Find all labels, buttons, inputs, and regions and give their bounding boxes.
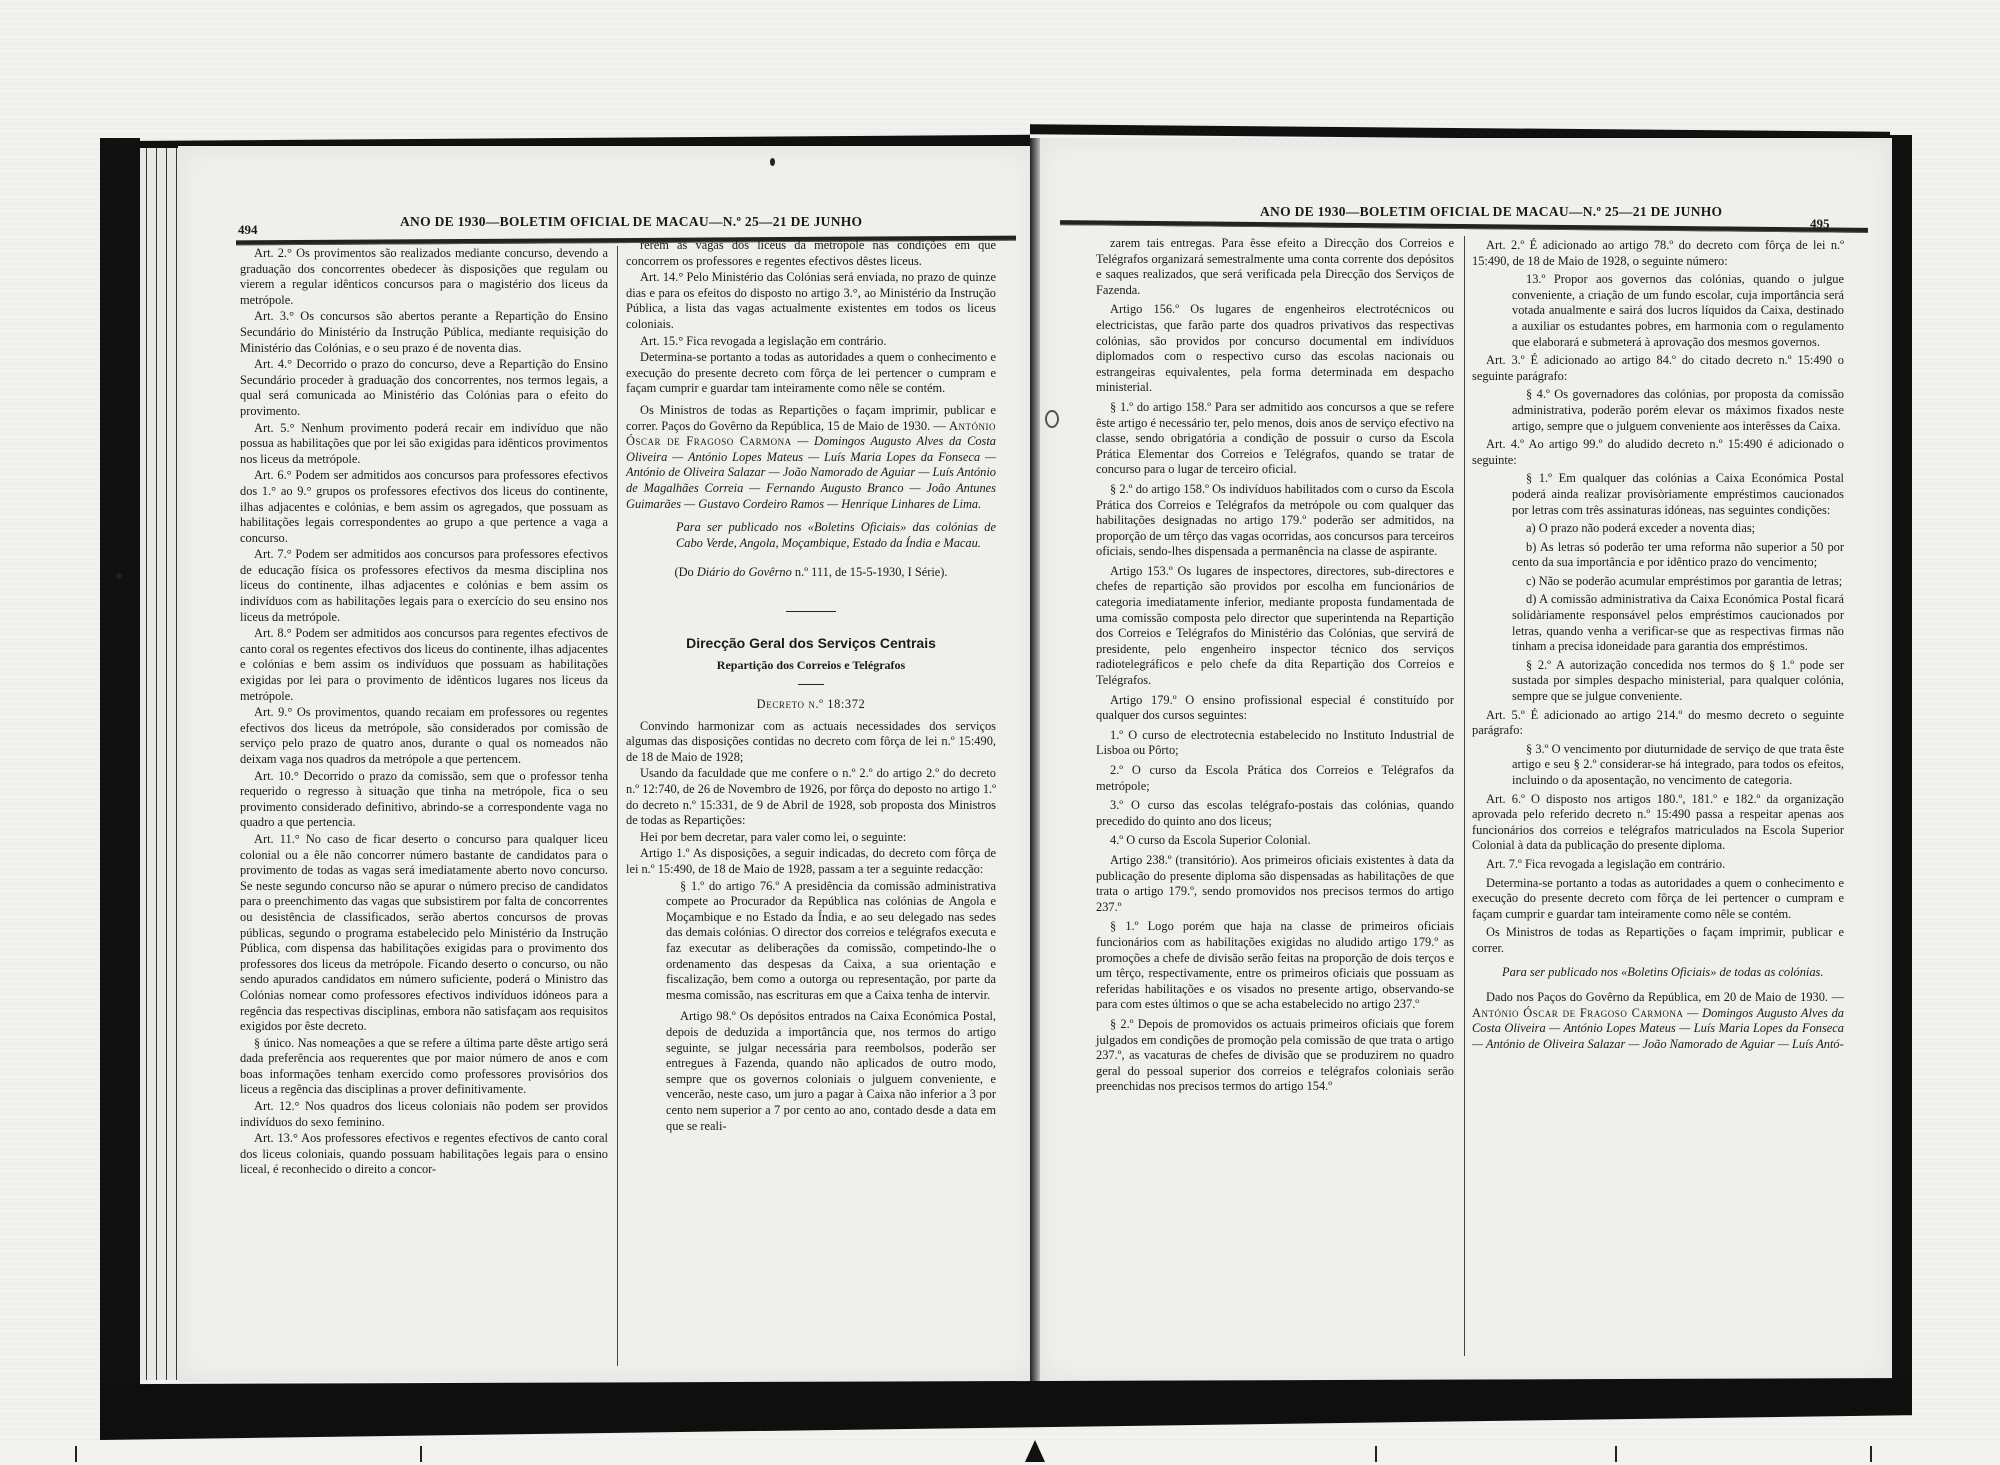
- scan-tick: [1615, 1446, 1617, 1462]
- publication-note: Para ser publicado nos «Boletins Oficiai…: [676, 520, 996, 551]
- article-paragraph: Art. 5.º É adicionado ao artigo 214.º do…: [1472, 708, 1844, 739]
- section-separator: [786, 611, 836, 613]
- article-paragraph: § 1.º Logo porém que haja na classe de p…: [1096, 919, 1454, 1013]
- article-paragraph: Art. 15.° Fica revogada a legislação em …: [626, 334, 996, 350]
- column-divider: [617, 246, 618, 1366]
- decree-quoted-articles: § 1.º do artigo 76.º A presidência da co…: [626, 879, 996, 1135]
- article-paragraph: § 2.º do artigo 158.º Os indivíduos habi…: [1096, 482, 1454, 560]
- article-paragraph: 4.º O curso da Escola Superior Colonial.: [1096, 833, 1454, 849]
- article-paragraph: Artigo 238.º (transitório). Aos primeiro…: [1096, 853, 1454, 915]
- decree-articles: Art. 2.º É adicionado ao artigo 78.º do …: [1472, 238, 1844, 957]
- decree-closing-paragraphs: rerem às vagas dos liceus da metrópole n…: [626, 238, 996, 397]
- right-page-column-2: Art. 2.º É adicionado ao artigo 78.º do …: [1472, 238, 1844, 1054]
- right-page-column-1: zarem tais entregas. Para êsse efeito a …: [1096, 236, 1454, 1099]
- article-paragraph: zarem tais entregas. Para êsse efeito a …: [1096, 236, 1454, 298]
- header-rule: [1060, 220, 1868, 233]
- article-paragraph: Art. 7.° Podem ser admitidos aos concurs…: [240, 547, 608, 625]
- article-paragraph: 1.º O curso de electrotecnia estabelecid…: [1096, 728, 1454, 759]
- decree-paragraph: Artigo 1.º As disposições, a seguir indi…: [626, 846, 996, 877]
- left-page-column-2: rerem às vagas dos liceus da metrópole n…: [626, 238, 996, 1140]
- article-paragraph: b) As letras só poderão ter uma reforma …: [1512, 540, 1844, 571]
- scan-speck: [1045, 410, 1059, 428]
- article-paragraph: Art. 3.° Os concursos são abertos perant…: [240, 309, 608, 356]
- article-paragraph: § único. Nas nomeações a que se refere a…: [240, 1036, 608, 1098]
- decree-paragraph: Hei por bem decretar, para valer como le…: [626, 830, 996, 846]
- scan-center-marker: [1025, 1440, 1045, 1462]
- article-paragraph: Artigo 153.º Os lugares de inspectores, …: [1096, 564, 1454, 689]
- scan-speck: [770, 158, 775, 166]
- article-paragraph: Art. 13.° Aos professores efectivos e re…: [240, 1131, 608, 1178]
- article-paragraph: Artigo 179.º O ensino profissional espec…: [1096, 693, 1454, 724]
- article-paragraph: Art. 3.º É adicionado ao artigo 84.º do …: [1472, 353, 1844, 384]
- signoff: Os Ministros de todas as Repartições o f…: [626, 403, 996, 512]
- decree-paragraph: Convindo harmonizar com as actuais neces…: [626, 719, 996, 766]
- article-paragraph: Art. 6.° Podem ser admitidos aos concurs…: [240, 468, 608, 546]
- scan-speck: [116, 573, 122, 579]
- article-paragraph: Art. 12.° Nos quadros dos liceus colonia…: [240, 1099, 608, 1130]
- scan-tick: [1375, 1446, 1377, 1462]
- article-paragraph: § 1.º Em qualquer das colónias a Caixa E…: [1512, 471, 1844, 518]
- article-paragraph: Art. 2.° Os provimentos são realizados m…: [240, 246, 608, 308]
- source-citation: (Do Diário do Govêrno n.º 111, de 15-5-1…: [626, 565, 996, 581]
- section-subtitle: Repartição dos Correios e Telégrafos: [626, 658, 996, 674]
- article-paragraph: Art. 10.° Decorrido o prazo da comissão,…: [240, 769, 608, 831]
- article-paragraph: Art. 7.º Fica revogada a legislação em c…: [1472, 857, 1844, 873]
- article-paragraph: Art. 2.º É adicionado ao artigo 78.º do …: [1472, 238, 1844, 269]
- article-paragraph: § 1.º do artigo 158.º Para ser admitido …: [1096, 400, 1454, 478]
- article-paragraph: Art. 5.° Nenhum provimento poderá recair…: [240, 421, 608, 468]
- quoted-article: § 1.º do artigo 76.º A presidência da co…: [666, 879, 996, 1004]
- running-head: ANO DE 1930—BOLETIM OFICIAL DE MACAU—N.º…: [1260, 204, 1722, 220]
- subsection-separator: [798, 684, 824, 686]
- scan-tick: [1870, 1446, 1872, 1462]
- article-paragraph: Artigo 156.º Os lugares de engenheiros e…: [1096, 302, 1454, 396]
- article-paragraph: c) Não se poderão acumular empréstimos p…: [1512, 574, 1844, 590]
- section-title: Direcção Geral dos Serviços Centrais: [626, 636, 996, 652]
- scan-bottom-strip: [0, 1440, 2000, 1465]
- article-paragraph: Art. 14.° Pelo Ministério das Colónias s…: [626, 270, 996, 332]
- article-paragraph: 13.º Propor aos governos das colónias, q…: [1512, 272, 1844, 350]
- decree-paragraph: Usando da faculdade que me confere o n.º…: [626, 766, 996, 828]
- signoff: Dado nos Paços do Govêrno da República, …: [1472, 990, 1844, 1052]
- article-paragraph: 3.º O curso das escolas telégrafo-postai…: [1096, 798, 1454, 829]
- president-name: António Óscar de Fragoso Carmona: [1472, 1006, 1683, 1020]
- article-paragraph: Art. 4.º Ao artigo 99.º do aludido decre…: [1472, 437, 1844, 468]
- article-paragraph: a) O prazo não poderá exceder a noventa …: [1512, 521, 1844, 537]
- article-paragraph: Art. 6.º O disposto nos artigos 180.º, 1…: [1472, 792, 1844, 854]
- right-page: ANO DE 1930—BOLETIM OFICIAL DE MACAU—N.º…: [1040, 138, 1892, 1383]
- scanner-frame-right: [1890, 135, 1912, 1385]
- left-page: 494 ANO DE 1930—BOLETIM OFICIAL DE MACAU…: [178, 146, 1034, 1382]
- page-number: 494: [238, 222, 258, 238]
- article-paragraph: 2.º O curso da Escola Prática dos Correi…: [1096, 763, 1454, 794]
- running-head: ANO DE 1930—BOLETIM OFICIAL DE MACAU—N.º…: [400, 214, 862, 230]
- scanner-frame-left: [100, 138, 140, 1400]
- decree-title: Decreto n.º 18:372: [626, 697, 996, 713]
- decree-preamble: Convindo harmonizar com as actuais neces…: [626, 719, 996, 878]
- article-paragraph: Art. 4.° Decorrido o prazo do concurso, …: [240, 357, 608, 419]
- article-paragraph: § 3.º O vencimento por diuturnidade de s…: [1512, 742, 1844, 789]
- article-paragraph: rerem às vagas dos liceus da metrópole n…: [626, 238, 996, 269]
- column-divider: [1464, 236, 1465, 1356]
- left-page-column-1: Art. 2.° Os provimentos são realizados m…: [240, 246, 608, 1179]
- article-paragraph: Art. 11.° No caso de ficar deserto o con…: [240, 832, 608, 1035]
- scan-tick: [420, 1446, 422, 1462]
- article-paragraph: Art. 9.° Os provimentos, quando recaiam …: [240, 705, 608, 767]
- article-paragraph: Determina-se portanto a todas as autorid…: [1472, 876, 1844, 923]
- article-paragraph: § 4.º Os governadores das colónias, por …: [1512, 387, 1844, 434]
- scan-tick: [75, 1446, 77, 1462]
- quoted-article: Artigo 98.º Os depósitos entrados na Cai…: [666, 1009, 996, 1134]
- article-paragraph: d) A comissão administrativa da Caixa Ec…: [1512, 592, 1844, 654]
- article-paragraph: § 2.º Depois de promovidos os actuais pr…: [1096, 1017, 1454, 1095]
- article-paragraph: Art. 8.° Podem ser admitidos aos concurs…: [240, 626, 608, 704]
- article-paragraph: § 2.º A autorização concedida nos termos…: [1512, 658, 1844, 705]
- article-paragraph: Os Ministros de todas as Repartições o f…: [1472, 925, 1844, 956]
- publication-note: Para ser publicado nos «Boletins Oficiai…: [1502, 965, 1844, 981]
- page-edges-stack: [140, 148, 180, 1380]
- article-paragraph: Determina-se portanto a todas as autorid…: [626, 350, 996, 397]
